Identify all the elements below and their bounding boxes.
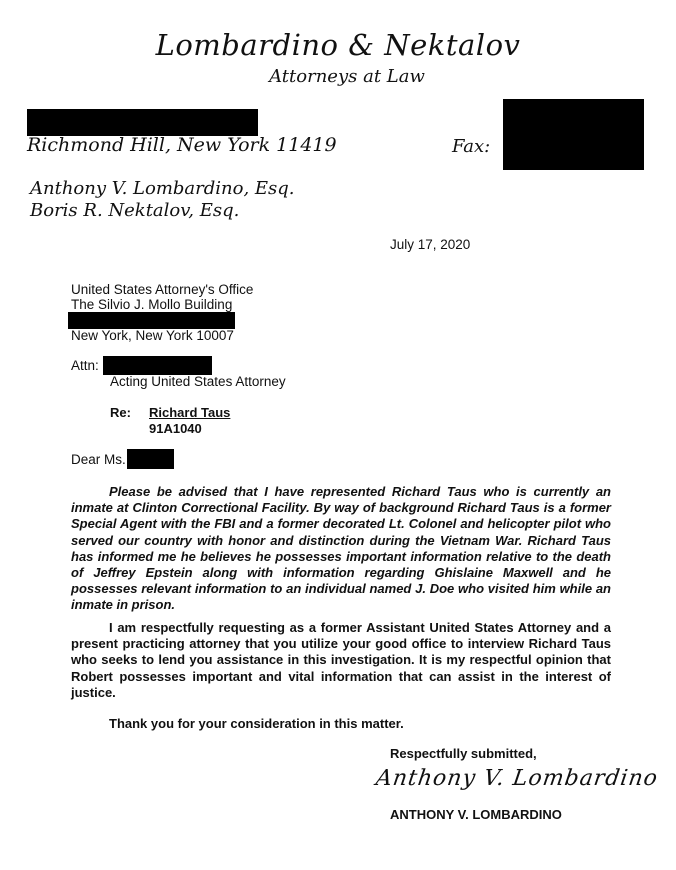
letter-date: July 17, 2020 [390, 237, 470, 252]
attn-label: Attn: [71, 358, 99, 373]
firm-address-city: Richmond Hill, New York 11419 [27, 134, 337, 156]
recipient-line-1: United States Attorney's Office [71, 282, 253, 298]
redacted-street-address [27, 109, 258, 136]
recipient-line-2: The Silvio J. Mollo Building [71, 297, 232, 313]
redacted-fax-number [503, 99, 644, 170]
firm-subtitle: Attorneys at Law [0, 66, 676, 87]
handwritten-signature: Anthony V. Lombardino [374, 766, 659, 791]
attn-title: Acting United States Attorney [110, 374, 286, 389]
redacted-recipient-street [68, 312, 235, 329]
body-paragraph-2: I am respectfully requesting as a former… [71, 620, 611, 701]
attorney-name-2: Boris R. Nektalov, Esq. [30, 200, 239, 221]
body-paragraph-1: Please be advised that I have represente… [71, 484, 611, 614]
fax-label: Fax: [452, 136, 490, 157]
re-subject-name: Richard Taus [149, 405, 230, 420]
re-label: Re: [110, 405, 131, 420]
body-paragraph-3: Thank you for your consideration in this… [109, 716, 404, 731]
attorney-name-1: Anthony V. Lombardino, Esq. [30, 178, 295, 199]
redacted-salutation-name [127, 449, 174, 469]
valediction: Respectfully submitted, [390, 746, 537, 761]
signer-name: ANTHONY V. LOMBARDINO [390, 807, 562, 822]
firm-name: Lombardino & Nektalov [0, 28, 676, 62]
re-inmate-number: 91A1040 [149, 421, 202, 436]
recipient-city: New York, New York 10007 [71, 328, 234, 344]
redacted-attn-name [103, 356, 212, 375]
salutation: Dear Ms. [71, 452, 126, 467]
